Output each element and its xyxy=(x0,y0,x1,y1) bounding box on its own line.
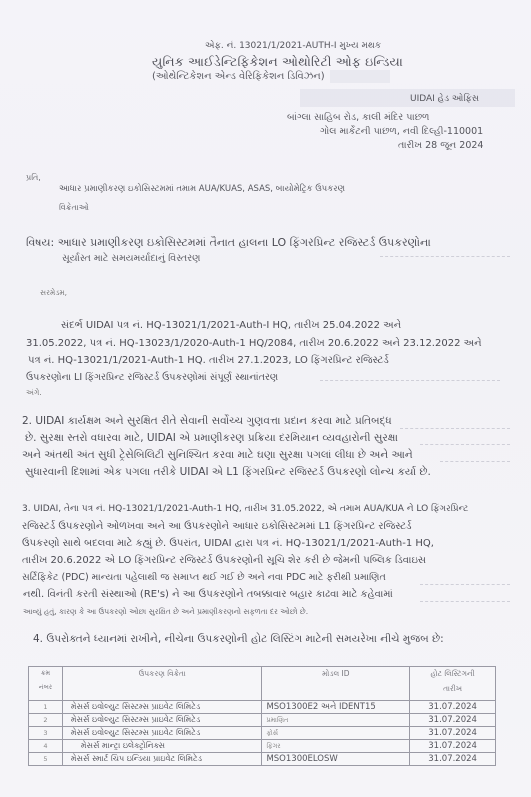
cell-vendor: મેસર્સ ઇવોલ્યુટ સિસ્ટમ્સ પ્રાઇવેટ લિમિટે… xyxy=(62,714,262,727)
organization-name: યુનિક આઈડેન્ટિફિકેશન ઓથોરિટી ઓફ ઇન્ડિયા xyxy=(152,54,403,70)
serial-header-line-1: ક્રમ xyxy=(41,669,50,677)
cell-date: 31.07.2024 xyxy=(410,753,496,766)
paragraph-3-line: રજિસ્ટર્ડ ઉપકરણોને ઓળખવા અને આ ઉપકરણોને … xyxy=(22,521,412,532)
cell-date: 31.07.2024 xyxy=(410,701,496,714)
cell-serial: 3 xyxy=(29,727,63,740)
column-header-serial: ક્રમ નંબર xyxy=(29,667,63,701)
address-line-1: બાંગ્લા સાહિબ રોડ, કાલી મંદિર પાછળ xyxy=(287,112,429,123)
cell-serial: 4 xyxy=(29,740,63,753)
office-highlight-bar xyxy=(300,89,515,107)
paragraph-3-line: ઉપકરણો સાથે બદલવા માટે કહ્યું છે. ઉપરાંત… xyxy=(22,538,434,549)
paragraph-2-line: અને અંતથી અંત સુધી ટ્રેસેબિલિટી સુનિશ્ચિ… xyxy=(22,449,413,462)
cell-serial: 2 xyxy=(29,714,63,727)
table-row: 3 મેસર્સ ઇવોલ્યુટ સિસ્ટમ્સ પ્રાઇવેટ લિમિ… xyxy=(29,727,496,740)
paragraph-4: 4. ઉપરોક્તને ધ્યાનમાં રાખીને, નીચેના ઉપક… xyxy=(33,633,444,646)
table-row: 5 મેસર્સ સ્માર્ટ ચિપ ઇન્ડિયા પ્રાઇવેટ લિ… xyxy=(29,753,496,766)
column-header-vendor: ઉપકરણ વિક્રેતા xyxy=(62,667,262,701)
subject-line-1: વિષય: આધાર પ્રમાણીકરણ ઇકોસિસ્ટમમાં તૈનાત… xyxy=(26,236,431,250)
paragraph-3-line: તારીખ 20.6.2022 એ LO ફિંગરપ્રિન્ટ રજિસ્ટ… xyxy=(22,555,426,566)
paragraph-1-line: સંદર્ભ UIDAI પત્ર નં. HQ-13021/1/2021-Au… xyxy=(61,320,401,331)
paragraph-3-line: 3. UIDAI, તેના પત્ર નં. HQ-13021/1/2021-… xyxy=(22,504,468,514)
date-header-line-1: હોટ લિસ્ટિંગની xyxy=(430,669,474,678)
cell-vendor: મેસર્સ ઇવોલ્યુટ સિસ્ટમ્સ પ્રાઇવેટ લિમિટે… xyxy=(62,727,262,740)
salutation: સરમેડમ, xyxy=(40,288,67,298)
recipient-label: પ્રતિ, xyxy=(26,173,41,183)
paragraph-3-line: આવ્યું હતું, કારણ કે આ ઉપકરણો ઓછા સુરક્ષ… xyxy=(23,607,308,617)
scan-dash xyxy=(380,256,510,257)
column-header-model: મોડલ ID xyxy=(262,667,410,701)
cell-vendor: મેસર્સ ઇવોલ્યુટ સિસ્ટમ્સ પ્રાઇવેટ લિમિટે… xyxy=(62,701,262,714)
paragraph-3-line: સર્ટિફિકેટ (PDC) માન્યતા પહેલાથી જ સમાપ્… xyxy=(22,572,386,583)
cell-model: MSO1300ELOSW xyxy=(262,753,410,766)
scanned-letter-page: એફ. નં. 13021/1/2021-AUTH-I મુખ્ય મથક યુ… xyxy=(0,0,531,797)
paragraph-1-line: પત્ર નં. HQ-13021/1/2021-Auth-1 HQ. તારી… xyxy=(28,355,389,366)
table-row: 1 મેસર્સ ઇવોલ્યુટ સિસ્ટમ્સ પ્રાઇવેટ લિમિ… xyxy=(29,701,496,714)
paragraph-2-line: 2. UIDAI કાર્યક્ષમ અને સુરક્ષિત રીતે સેવ… xyxy=(22,415,392,428)
cell-model: ફિંગર xyxy=(262,740,410,753)
paragraph-1-line: અંગે. xyxy=(26,388,42,398)
address-line-2: ગોલ માર્કેટની પાછળ, નવી દિલ્હી-110001 xyxy=(320,126,483,137)
cell-serial: 1 xyxy=(29,701,63,714)
scan-dash xyxy=(420,601,510,602)
hotlisting-devices-table: ક્રમ નંબર ઉપકરણ વિક્રેતા મોડલ ID હોટ લિસ… xyxy=(28,666,496,766)
scan-dash xyxy=(440,461,510,462)
serial-header-line-2: નંબર xyxy=(33,683,58,692)
table-row: 4 મેસર્સ માન્ટ્રા ઇલેક્ટ્રોનિક્સ ફિંગર 3… xyxy=(29,740,496,753)
paragraph-2-line: સુધારવાની દિશામાં એક પગલા તરીકે UIDAI એ … xyxy=(25,466,431,479)
paragraph-2-line: છે. સુરક્ષા સ્તરો વધારવા માટે, UIDAI એ પ… xyxy=(25,432,398,445)
date-header-line-2: તારીખ xyxy=(414,684,491,694)
division-name: (ઓથેન્ટિકેશન એન્ડ વેરિફિકેશન ડિવિઝન) xyxy=(152,71,325,82)
file-reference: એફ. નં. 13021/1/2021-AUTH-I મુખ્ય મથક xyxy=(205,41,381,51)
letter-date: તારીખ 28 જૂન 2024 xyxy=(398,140,483,151)
recipient-line-2: વિક્રેતાઓ xyxy=(59,203,89,213)
table-header-row: ક્રમ નંબર ઉપકરણ વિક્રેતા મોડલ ID હોટ લિસ… xyxy=(29,667,496,701)
scan-dash xyxy=(420,444,510,445)
cell-date: 31.07.2024 xyxy=(410,727,496,740)
office-name: UIDAI હેડ ઓફિસ xyxy=(410,94,479,104)
cell-serial: 5 xyxy=(29,753,63,766)
scan-dash xyxy=(400,428,510,429)
cell-model: ફોર્સ xyxy=(262,727,410,740)
scan-dash xyxy=(420,584,510,585)
cell-date: 31.07.2024 xyxy=(410,714,496,727)
recipient-line-1: આધાર પ્રમાણીકરણ ઇકોસિસ્ટમમાં તમામ AUA/KU… xyxy=(59,184,345,194)
cell-model: MSO1300E2 અને IDENT15 xyxy=(262,701,410,714)
column-header-date: હોટ લિસ્ટિંગની તારીખ xyxy=(410,667,496,701)
paragraph-3-line: નથી. વિનંતી કરતી સંસ્થાઓ (RE's) ને આ ઉપક… xyxy=(23,589,393,600)
scan-smudge xyxy=(330,70,390,83)
table-row: 2 મેસર્સ ઇવોલ્યુટ સિસ્ટમ્સ પ્રાઇવેટ લિમિ… xyxy=(29,714,496,727)
cell-vendor: મેસર્સ સ્માર્ટ ચિપ ઇન્ડિયા પ્રાઇવેટ લિમિ… xyxy=(62,753,262,766)
paragraph-1-line: 31.05.2022, પત્ર નં. HQ-13023/1/2020-Aut… xyxy=(26,338,482,349)
cell-vendor: મેસર્સ માન્ટ્રા ઇલેક્ટ્રોનિક્સ xyxy=(62,740,262,753)
cell-date: 31.07.2024 xyxy=(410,740,496,753)
paragraph-1-line: ઉપકરણોના LI ફિંગરપ્રિન્ટ રજિસ્ટર્ડ ઉપકરણ… xyxy=(26,372,278,383)
subject-line-2: સૂર્યાસ્ત માટે સમયમર્યાદાનું વિસ્તરણ xyxy=(62,253,200,264)
scan-dash xyxy=(320,380,500,381)
cell-model: પ્રમાણિત xyxy=(262,714,410,727)
